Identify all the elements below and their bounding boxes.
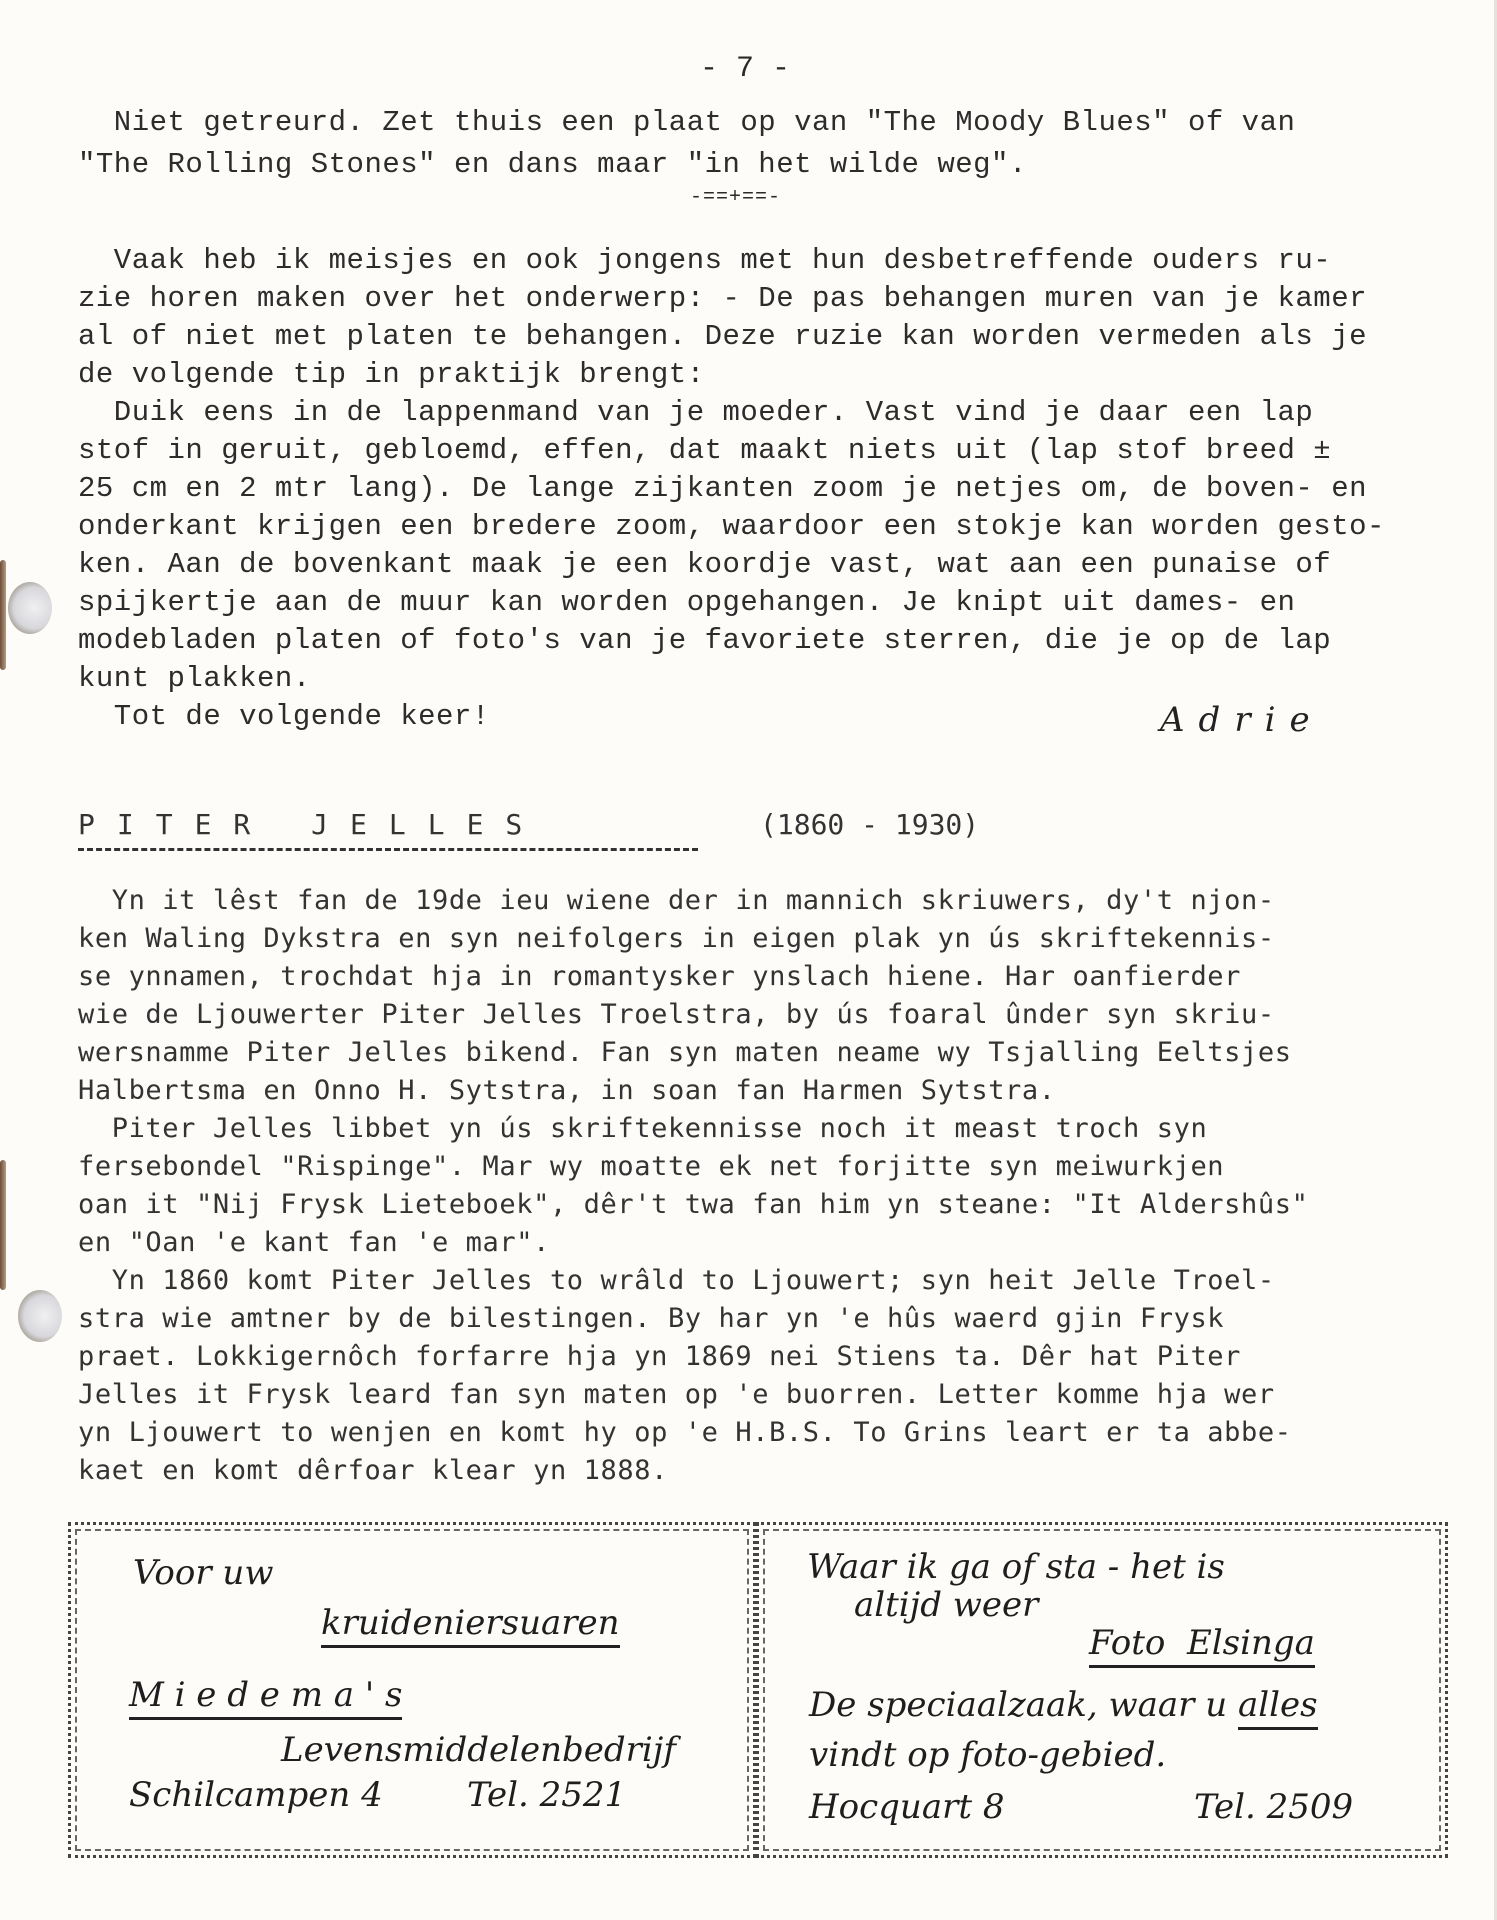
section-separator: -==+==- [690,186,781,209]
ad-product: kruideniersuaren [321,1603,620,1643]
text-line: Yn 1860 komt Piter Jelles to wrâld to Lj… [78,1262,1275,1300]
text-line: ken Waling Dykstra en syn neifolgers in … [78,920,1275,958]
text-line: se ynnamen, trochdat hja in romantysker … [78,958,1241,996]
binding-ring-mark [0,1160,6,1290]
advertisement-foto-elsinga: Waar ik ga of sta - het is altijd weer F… [756,1522,1448,1858]
text-line: stof in geruit, gebloemd, effen, dat maa… [78,432,1331,470]
ad-slogan: De speciaalzaak, waar u alles [809,1685,1318,1725]
binding-ring-mark [0,560,6,670]
ad-product-text: kruideniersuaren [321,1603,620,1648]
text-line: onderkant krijgen een bredere zoom, waar… [78,508,1385,546]
text-line: Duik eens in de lappenmand van je moeder… [78,394,1313,432]
advertisement-miedema: Voor uw kruideniersuaren M i e d e m a '… [68,1522,756,1858]
text-line: Jelles it Frysk leard fan syn maten op '… [78,1376,1275,1414]
ad-shop-name-text: M i e d e m a ' s [129,1675,402,1720]
ad-phone: Tel. 2521 [467,1775,626,1815]
text-line: wie de Ljouwerter Piter Jelles Troelstra… [78,996,1275,1034]
page-number: - 7 - [700,52,790,86]
text-line: de volgende tip in praktijk brengt: [78,356,705,394]
text-line: praet. Lokkigernôch forfarre hja yn 1869… [78,1338,1241,1376]
text-line: Yn it lêst fan de 19de ieu wiene der in … [78,882,1275,920]
scanned-page: - 7 - Niet getreurd. Zet thuis een plaat… [0,0,1497,1920]
text-line: yn Ljouwert to wenjen en komt hy op 'e H… [78,1414,1292,1452]
ad-line2: altijd weer [854,1585,1038,1625]
text-line: Tot de volgende keer! [78,698,490,736]
text-line: oan it "Nij Frysk Lieteboek", dêr't twa … [78,1186,1308,1224]
text-line: Halbertsma en Onno H. Sytstra, in soan f… [78,1072,1056,1110]
text-line: "The Rolling Stones" en dans maar "in he… [78,146,1027,184]
ad-phone: Tel. 2509 [1194,1787,1353,1827]
ad-slogan-text: De speciaalzaak, waar u [809,1685,1238,1725]
heading-underline [78,848,698,851]
ad-address: Hocquart 8 [809,1787,1004,1827]
ad-shop-name-text: Foto Elsinga [1089,1623,1315,1668]
text-line: Niet getreurd. Zet thuis een plaat op va… [78,104,1295,142]
ad-intro: Voor uw [133,1553,273,1593]
text-line: wersnamme Piter Jelles bikend. Fan syn m… [78,1034,1292,1072]
text-line: Piter Jelles libbet yn ús skriftekenniss… [78,1110,1207,1148]
text-line: en "Oan 'e kant fan 'e mar". [78,1224,550,1262]
punch-hole [18,1290,62,1342]
ad-address: Schilcampen 4 [129,1775,383,1815]
text-line: zie horen maken over het onderwerp: - De… [78,280,1367,318]
ad-slogan-2: vindt op foto-gebied. [809,1735,1166,1775]
ad-business: Levensmiddelenbedrijf [281,1730,676,1770]
text-line: Vaak heb ik meisjes en ook jongens met h… [78,242,1331,280]
text-line: kunt plakken. [78,660,311,698]
text-line: al of niet met platen te behangen. Deze … [78,318,1367,356]
text-line: ken. Aan de bovenkant maak je een koordj… [78,546,1331,584]
text-line: fersebondel "Rispinge". Mar wy moatte ek… [78,1148,1224,1186]
text-line: spijkertje aan de muur kan worden opgeha… [78,584,1295,622]
text-line: kaet en komt dêrfoar klear yn 1888. [78,1452,668,1490]
punch-hole [8,582,52,634]
ad-line1: Waar ik ga of sta - het is [807,1547,1225,1587]
ad-shop-name: Foto Elsinga [1089,1623,1315,1663]
ad-slogan-emphasis: alles [1238,1685,1318,1730]
ad-shop-name: M i e d e m a ' s [129,1675,402,1715]
author-signature: Adrie [1160,700,1324,740]
text-line: modebladen platen of foto's van je favor… [78,622,1331,660]
text-line: stra wie amtner by de bilestingen. By ha… [78,1300,1224,1338]
article-heading: PITER JELLES [78,808,544,841]
article-dates: (1860 - 1930) [760,808,979,841]
text-line: 25 cm en 2 mtr lang). De lange zijkanten… [78,470,1367,508]
